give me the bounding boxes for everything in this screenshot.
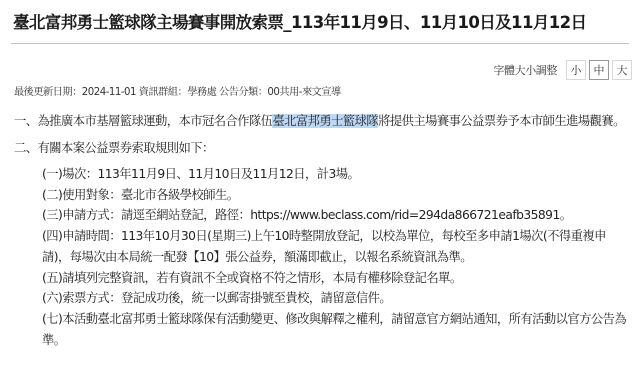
rule-item-5: (五)請填列完整資訊，若有資訊不全或資格不符之情形，本局有權移除登記名單。: [42, 268, 628, 289]
page-title: 臺北富邦勇士籃球隊主場賽事開放索票_113年11月9日、11月10日及11月12…: [13, 12, 633, 34]
rules-list: (一)場次：113年11月9日、11月10日及11月12日，計3場。 (二)使用…: [14, 164, 628, 350]
font-size-control: 字體大小調整 小 中 大: [493, 60, 632, 80]
rule-item-7: (七)本活動臺北富邦勇士籃球隊保有活動變更、修改與解釋之權利，請留意官方網站通知…: [42, 309, 628, 350]
announcement-body: 一、為推廣本市基層籃球運動，本市冠名合作隊伍臺北富邦勇士籃球隊將提供主場賽事公益…: [14, 110, 628, 350]
font-size-label: 字體大小調整: [493, 62, 557, 78]
selected-text-highlight: 臺北富邦勇士籃球隊: [272, 114, 378, 128]
section-2-heading: 二、有關本案公益票券索取規則如下：: [14, 137, 628, 159]
rule-item-6: (六)索票方式：登記成功後，統一以郵寄掛號至貴校，請留意信件。: [42, 288, 628, 309]
rule-item-3: (三)申請方式：請逕至網站登記，路徑：https://www.beclass.c…: [42, 205, 628, 226]
announcement-meta: 最後更新日期：2024-11-01 資訊群組：學務處 公告分類：00共用-來文宣…: [14, 83, 341, 98]
font-size-large-button[interactable]: 大: [612, 60, 632, 80]
rule-item-4: (四)申請時間：113年10月30日(星期三)上午10時整開放登記，以校為單位，…: [42, 226, 628, 267]
section-1-suffix: 將提供主場賽事公益票券予本市師生進場觀賽。: [378, 114, 625, 128]
title-divider: [11, 43, 629, 44]
section-1: 一、為推廣本市基層籃球運動，本市冠名合作隊伍臺北富邦勇士籃球隊將提供主場賽事公益…: [14, 110, 628, 132]
font-size-small-button[interactable]: 小: [566, 60, 586, 80]
section-1-prefix: 一、為推廣本市基層籃球運動，本市冠名合作隊伍: [14, 114, 272, 128]
rule-item-1: (一)場次：113年11月9日、11月10日及11月12日，計3場。: [42, 164, 628, 185]
font-size-medium-button[interactable]: 中: [589, 60, 609, 80]
rule-item-2: (二)使用對象：臺北市各級學校師生。: [42, 185, 628, 206]
